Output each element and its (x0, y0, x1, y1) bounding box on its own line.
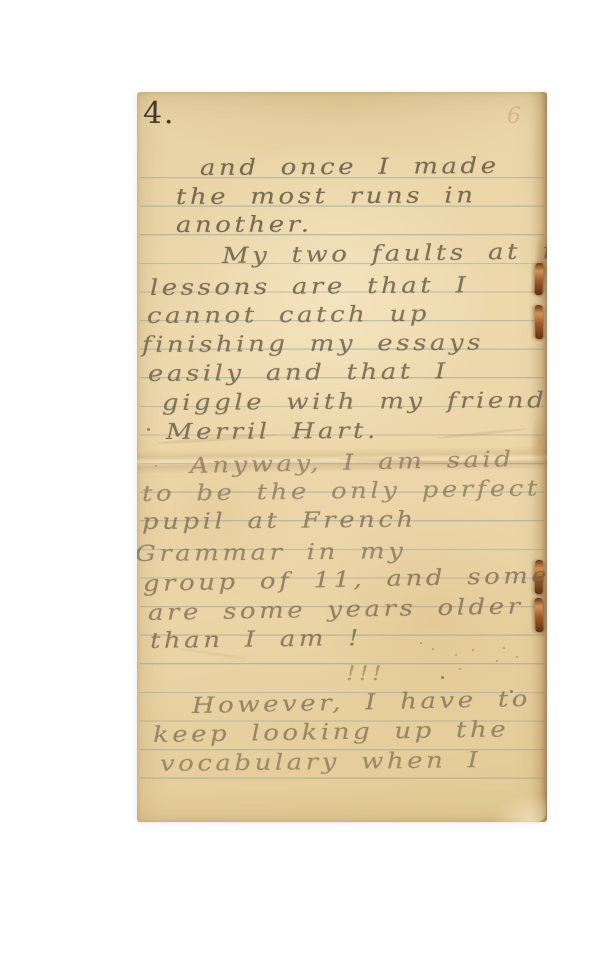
binding-edge (530, 92, 547, 822)
staple (534, 598, 543, 632)
handwriting-line: pupil at French (142, 508, 417, 536)
handwriting-line: than I am ! (150, 626, 363, 655)
speck (459, 668, 461, 670)
page-number: 4. (143, 98, 176, 131)
scanned-letter-screenshot: { "document": { "page_number": "4.", "co… (0, 0, 600, 960)
handwriting-line: another. (176, 213, 313, 239)
handwriting-line: giggle with my friend (162, 388, 547, 417)
speck (496, 660, 498, 662)
staple (534, 263, 543, 295)
handwriting-line: Merril Hart. (166, 419, 379, 446)
handwriting-line: Grammar in my (137, 539, 407, 568)
speck (455, 654, 457, 656)
speck (147, 428, 150, 431)
handwriting-line: cannot catch up (147, 302, 430, 330)
bleed-through-number: 6 (507, 104, 521, 129)
handwriting-line: My two faults at my (222, 239, 547, 270)
speck (432, 648, 434, 650)
handwriting-line: finishing my essays (142, 331, 484, 359)
handwriting-line: vocabulary when I (160, 748, 482, 778)
speck (441, 676, 444, 679)
speck (472, 649, 474, 651)
speck (510, 690, 513, 693)
speck (503, 647, 505, 649)
letter-paper-page: 4. 6 and once I madethe most runs inanot… (137, 92, 547, 822)
speck (155, 465, 157, 467)
page-corner-curl (494, 794, 546, 822)
handwriting-line: !!! (346, 660, 385, 686)
speck (516, 656, 518, 658)
staple (535, 305, 544, 339)
handwriting-line: the most runs in (176, 183, 477, 211)
handwriting-line: to be the only perfect (142, 476, 541, 508)
handwriting-line: easily and that I (148, 359, 449, 388)
handwriting-line: and once I made (200, 154, 500, 182)
speck (420, 642, 422, 644)
handwriting-line: lessons are that I (150, 273, 470, 302)
